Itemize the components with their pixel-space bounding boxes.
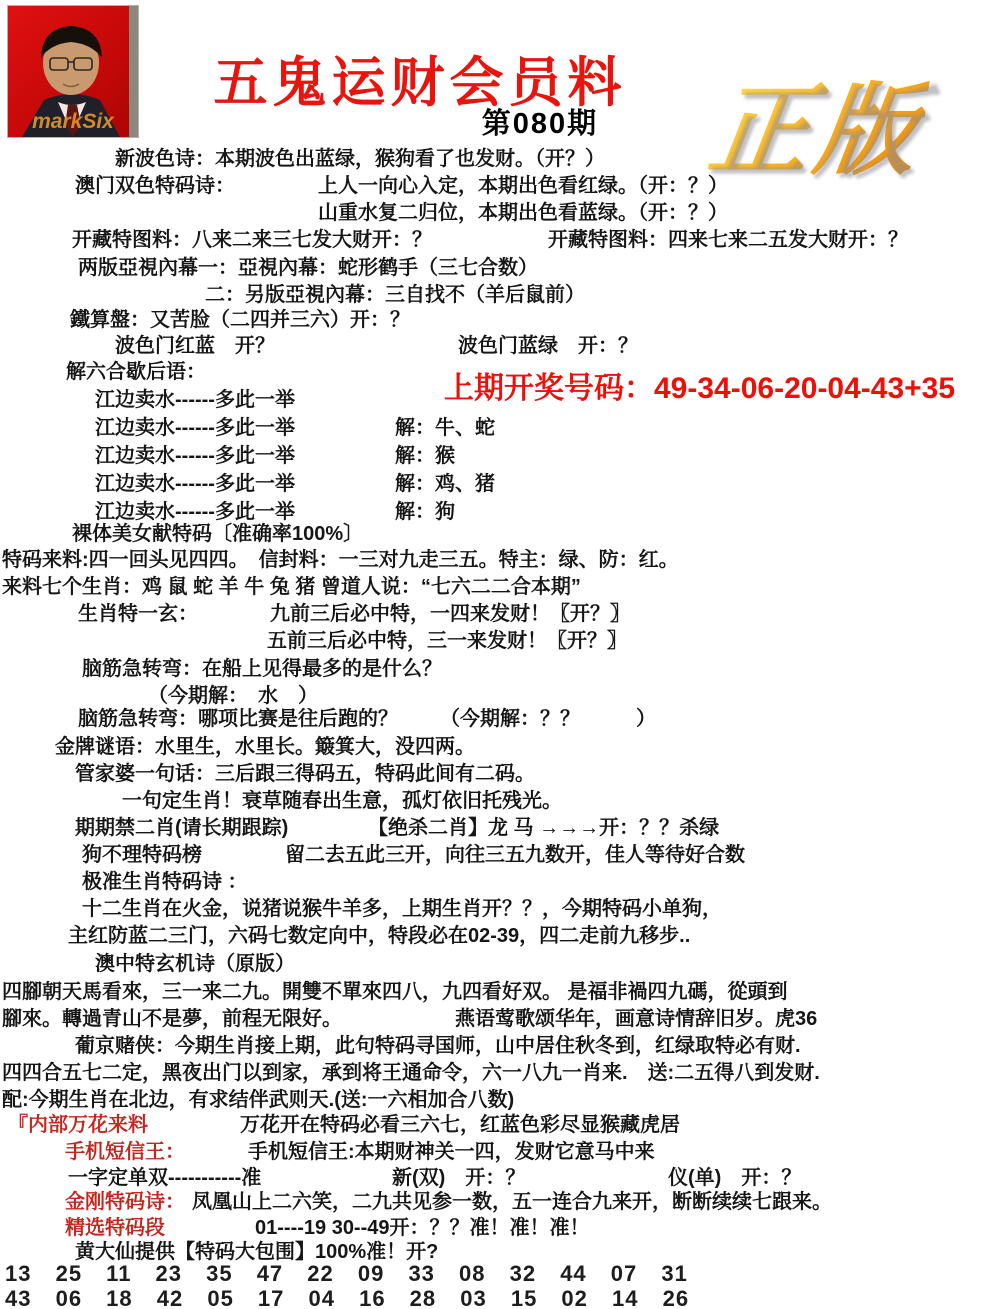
text-line: 江边卖水------多此一举 — [95, 388, 295, 412]
text-line: 澳门双色特码诗： — [75, 174, 235, 198]
tip-sheet-page: markSix 五鬼运财会员料 第080期 正版 上期开奖号码：49-34-06… — [0, 0, 992, 1309]
text-line: 解六合歇后语： — [66, 360, 206, 384]
text-line: 主红防蓝二三门，六码七数定向中，特段必在02-39，四二走前九移步.. — [68, 924, 690, 948]
text-line: 新波色诗：本期波色出蓝绿，猴狗看了也发财。（开？） — [115, 147, 605, 171]
text-line: 裸体美女献特码〔准确率100%〕 — [72, 522, 363, 546]
text-line: 波色门红蓝 开？ — [115, 334, 275, 358]
text-line: 十二生肖在火金，说猪说猴牛羊多，上期生肖开？？，今期特码小单狗， — [82, 897, 722, 921]
text-line: 脑筋急转弯：在船上见得最多的是什么？ — [82, 657, 442, 681]
text-line: 九前三后必中特，一四来发财！〖开？〗 — [270, 602, 630, 626]
text-line: 一字定单双-----------准 — [68, 1166, 261, 1190]
text-line: 解：鸡、猪 — [395, 472, 495, 496]
red-section-label: 『内部万花来料 — [8, 1113, 148, 1137]
number-row: 43 06 18 42 05 17 04 16 28 03 15 02 14 2… — [5, 1287, 689, 1309]
red-section-label: 金刚特码诗： — [65, 1190, 185, 1214]
text-line: 腳來。轉過青山不是夢，前程无限好。 — [2, 1007, 342, 1031]
text-line: 期期禁二肖(请长期跟踪) — [75, 816, 288, 840]
text-line: 来料七个生肖：鸡 鼠 蛇 羊 牛 兔 猪 曾道人说：“七六二二合本期” — [2, 575, 581, 599]
text-line: 管家婆一句话：三后跟三得码五，特码此间有二码。 — [75, 762, 535, 786]
text-line: 万花开在特码必看三六七，红蓝色彩尽显猴藏虎居 — [240, 1113, 680, 1137]
text-line: 鐵算盤：又苦脸（二四并三六）开：？ — [70, 308, 410, 332]
text-line: 江边卖水------多此一举 — [95, 416, 295, 440]
text-line: 燕语莺歌颂华年，画意诗情辞旧岁。虎36 — [455, 1007, 817, 1031]
text-line: 凤凰山上二六笑，二九共见参一数，五一连合九来开，断断续续七跟来。 — [192, 1190, 832, 1214]
text-line: 二：另版亞視內幕：三自找不（羊后鼠前） — [205, 283, 585, 307]
text-line: 四四合五七二定，黑夜出门以到家，承到将王通命令，六一八九一肖来. 送:二五得八到… — [2, 1061, 820, 1085]
number-row: 13 25 11 23 35 47 22 09 33 08 32 44 07 3… — [5, 1262, 688, 1286]
red-section-label: 精选特码段 — [65, 1216, 165, 1240]
text-line: 四腳朝天馬看來，三一来二九。開雙不單來四八，九四看好双。 是福非禍四九碼，從頭到 — [2, 980, 788, 1004]
text-line: 山重水复二归位，本期出色看蓝绿。（开：？） — [318, 201, 728, 225]
text-line: 一句定生肖！衰草随春出生意，孤灯依旧托残光。 — [122, 789, 562, 813]
photo-watermark-text: markSix — [32, 110, 115, 133]
text-line: 解：猴 — [395, 444, 455, 468]
text-line: 留二去五此三开，向往三五九数开，佳人等待好合数 — [285, 843, 745, 867]
text-line: 上人一向心入定，本期出色看红绿。（开：？） — [318, 174, 728, 198]
text-line: 脑筋急转弯：哪项比赛是往后跑的？ — [78, 707, 398, 731]
text-line: ） — [636, 707, 656, 731]
text-line: 仪(单) 开：？ — [668, 1166, 801, 1190]
text-line: 金牌谜语：水里生，水里长。簸箕大，没四两。 — [55, 735, 475, 759]
text-line: 生肖特一玄： — [78, 602, 198, 626]
text-line: 波色门蓝绿 开：？ — [458, 334, 638, 358]
text-line: 江边卖水------多此一举 — [95, 500, 295, 524]
text-line: 【绝杀二肖】龙 马 →→→开：？？杀绿 — [368, 816, 719, 840]
text-line: 澳中特玄机诗（原版） — [95, 952, 295, 976]
last-draw-numbers: 上期开奖号码：49-34-06-20-04-43+35 — [444, 363, 955, 407]
text-line: 江边卖水------多此一举 — [95, 444, 295, 468]
text-line: 开藏特图料：四来七来二五发大财开：？ — [548, 228, 908, 252]
red-section-label: 手机短信王： — [65, 1140, 185, 1164]
edition-stamp: 正版 — [702, 50, 934, 194]
text-line: 解：牛、蛇 — [395, 416, 495, 440]
portrait-illustration: markSix — [8, 6, 138, 137]
text-line: 江边卖水------多此一举 — [95, 472, 295, 496]
text-line: 01----19 30--49开：？？准！准！准！ — [255, 1216, 590, 1240]
text-line: 两版亞視內幕一：亞視內幕：蛇形鹤手（三七合数） — [78, 256, 538, 280]
text-line: 配:今期生肖在北边，有求结伴武则天.(送:一六相加合八数) — [2, 1088, 514, 1112]
text-line: 葡京赌侠：今期生肖接上期，此句特码寻国师，山中居住秋冬到，红绿取特必有财. — [75, 1034, 801, 1058]
text-line: 特码来料:四一回头见四四。 信封料：一三对九走三五。特主：绿、防：红。 — [2, 548, 679, 572]
text-line: 手机短信王:本期财神关一四，发财它意马中来 — [248, 1140, 655, 1164]
text-line: 五前三后必中特，三一来发财！〖开？〗 — [267, 629, 627, 653]
text-line: 极准生肖特码诗 ： — [82, 870, 248, 894]
text-line: （今期解： 水 ） — [148, 684, 318, 708]
text-line: 解：狗 — [395, 500, 455, 524]
text-line: 新(双) 开：？ — [392, 1166, 525, 1190]
text-line: 开藏特图料：八来二来三七发大财开：？ — [72, 228, 432, 252]
text-line: 狗不理特码榜 — [82, 843, 202, 867]
portrait-photo: markSix — [8, 6, 138, 137]
text-line: （今期解：？？ — [440, 707, 580, 731]
